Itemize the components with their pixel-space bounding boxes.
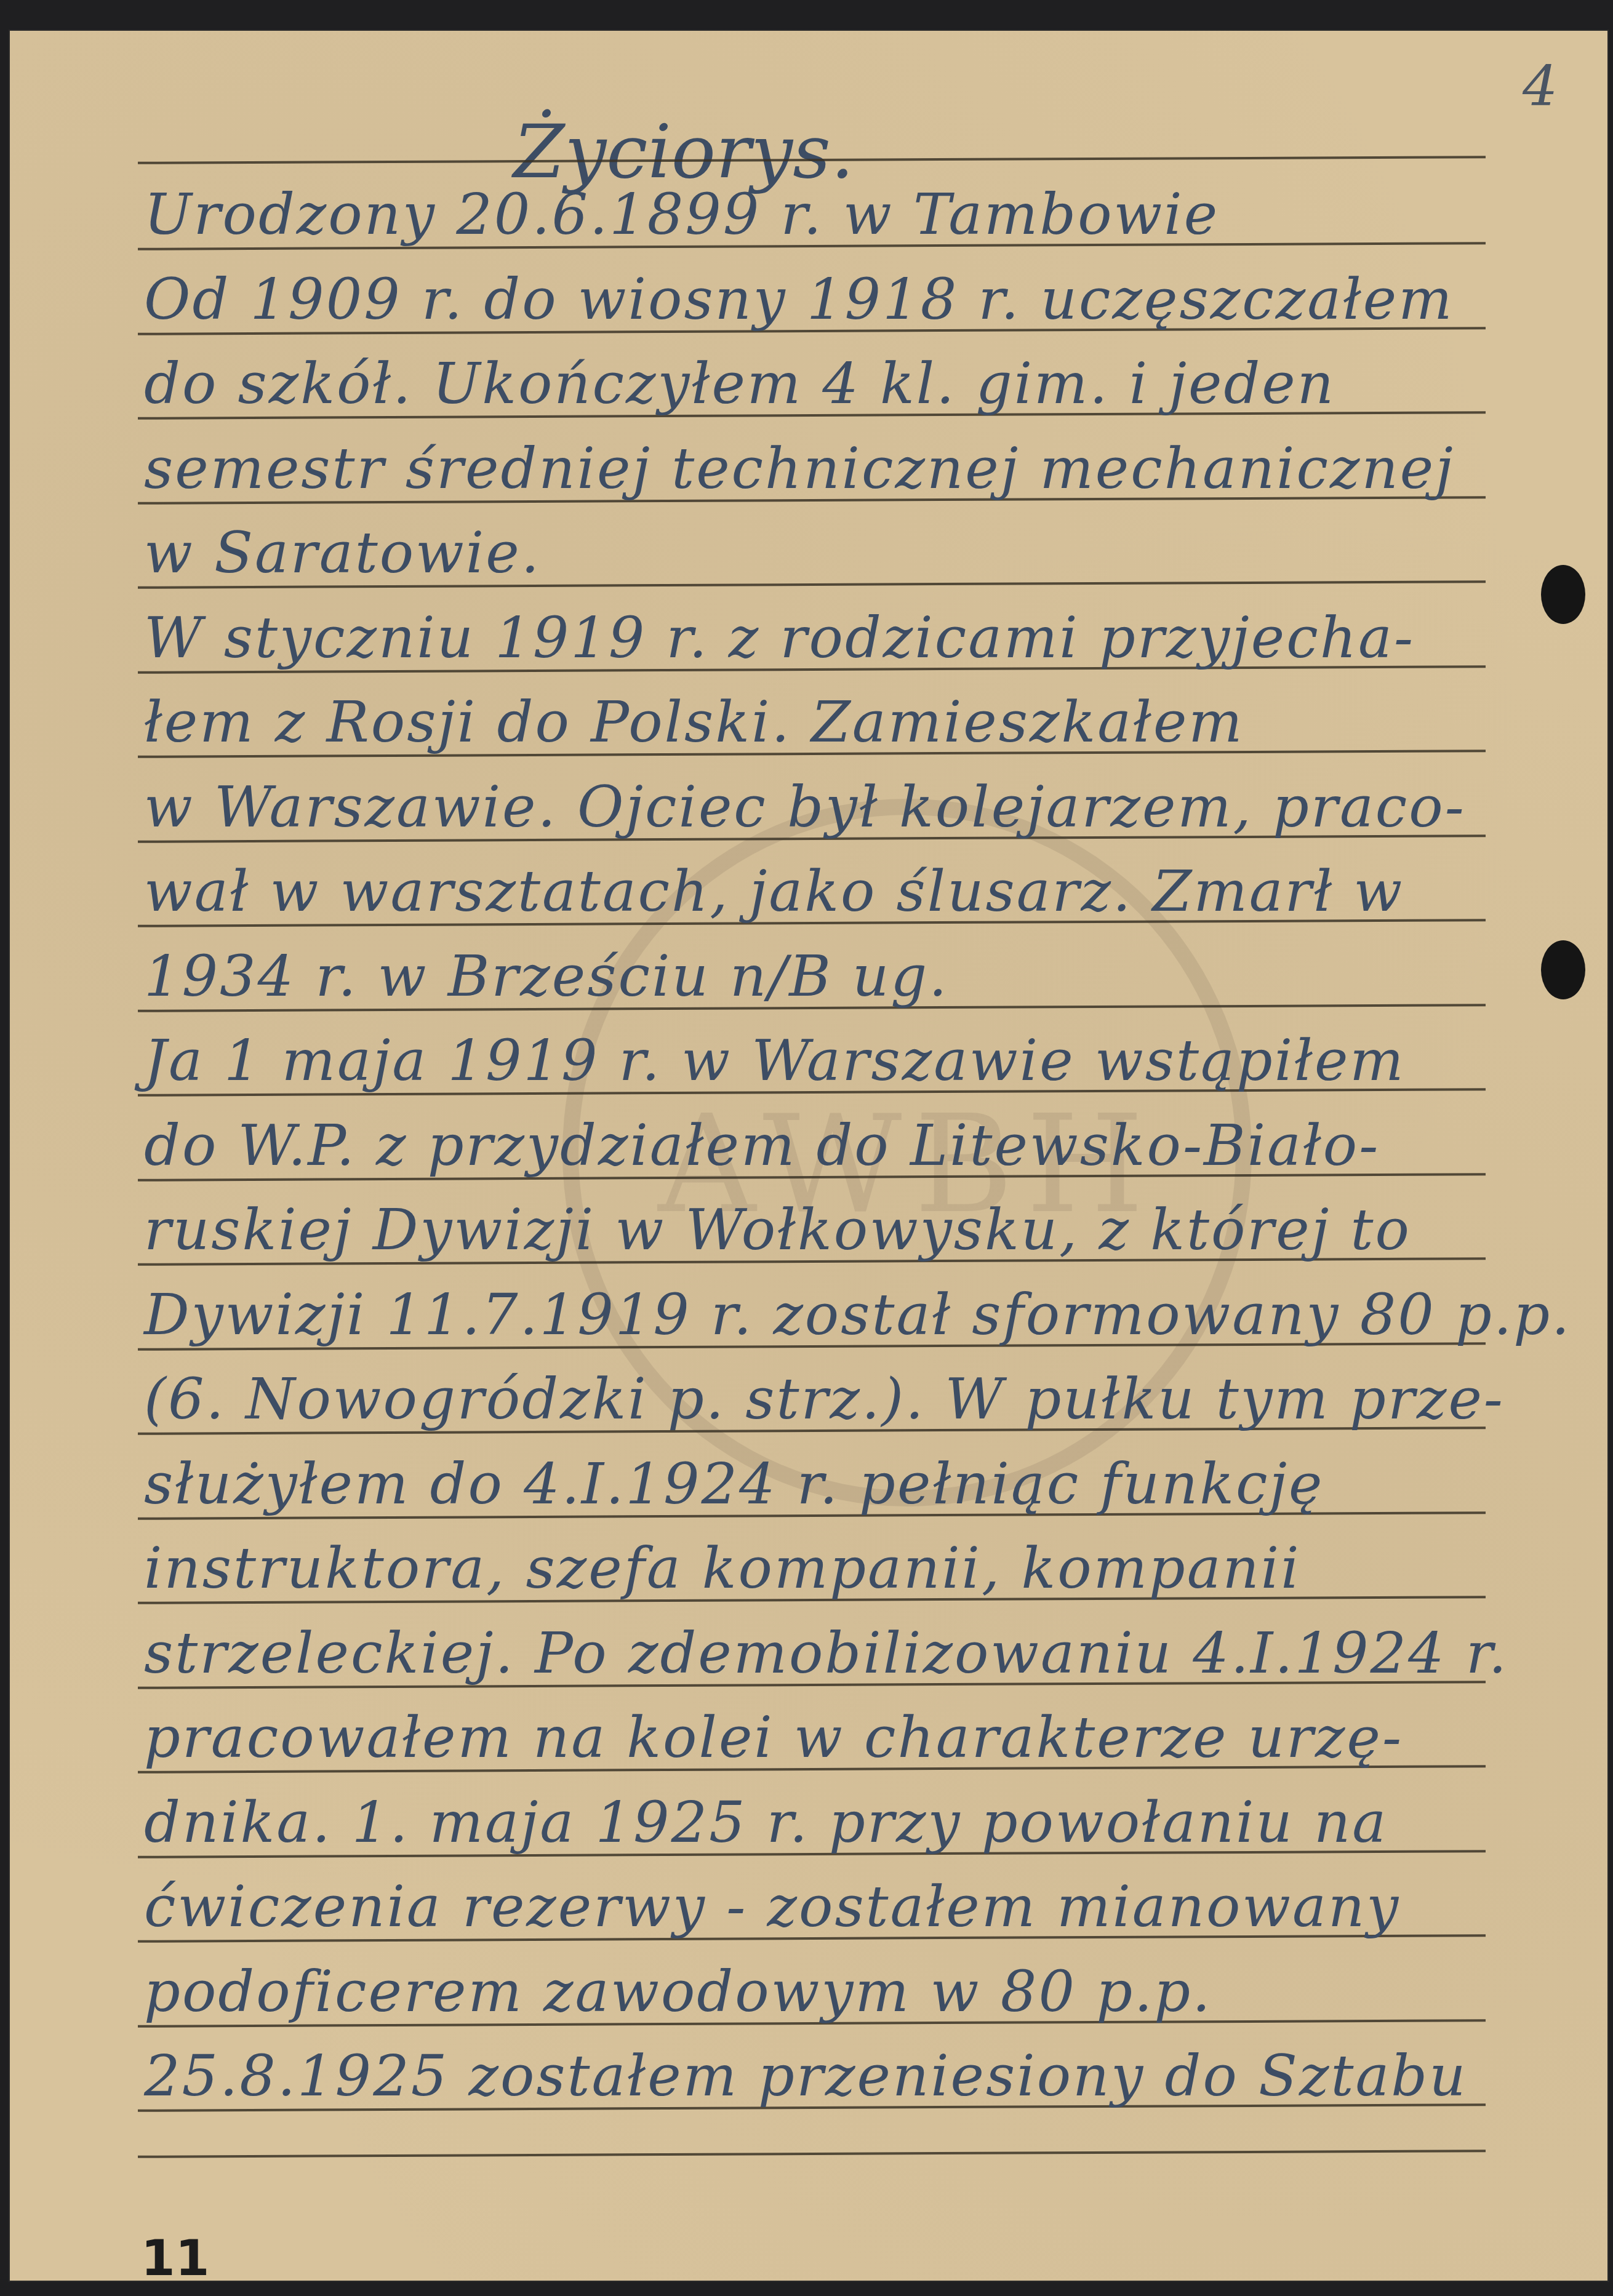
text-line: łem z Rosji do Polski. Zamieszkałem [144,694,1498,751]
punch-hole-icon [1541,940,1585,999]
text-line: 1934 r. w Brześciu n/B ug. [144,948,1498,1005]
text-line: 25.8.1925 zostałem przeniesiony do Sztab… [144,2048,1498,2105]
page-number: 4 [1523,54,1558,119]
text-line: semestr średniej technicznej mechaniczne… [144,441,1498,497]
text-line: strzeleckiej. Po zdemobilizowaniu 4.I.19… [144,1625,1498,1682]
text-line: do szkół. Ukończyłem 4 kl. gim. i jeden [144,356,1498,412]
text-line: do W.P. z przydziałem do Litewsko-Biało- [144,1118,1498,1174]
text-line: w Saratowie. [144,525,1498,582]
archive-folio-stamp: 11 [141,2230,209,2287]
text-line: w Warszawie. Ojciec był kolejarzem, prac… [144,779,1498,836]
punch-hole-icon [1541,565,1585,624]
text-line: wał w warsztatach, jako ślusarz. Zmarł w [144,863,1498,920]
text-line: pracowałem na kolei w charakterze urzę- [144,1710,1498,1766]
ruled-line [138,2150,1486,2158]
text-line: ruskiej Dywizji w Wołkowysku, z której t… [144,1202,1498,1258]
text-line: Dywizji 11.7.1919 r. został sformowany 8… [144,1287,1498,1343]
text-line: Ja 1 maja 1919 r. w Warszawie wstąpiłem [144,1033,1498,1089]
text-line: W styczniu 1919 r. z rodzicami przyjecha… [144,610,1498,666]
text-line: (6. Nowogródzki p. strz.). W pułku tym p… [144,1371,1498,1428]
text-line: ćwiczenia rezerwy - zostałem mianowany [144,1879,1498,1935]
text-line: służyłem do 4.I.1924 r. pełniąc funkcję [144,1456,1498,1513]
text-line: Urodzony 20.6.1899 r. w Tambowie [144,186,1498,243]
text-line: dnika. 1. maja 1925 r. przy powołaniu na [144,1794,1498,1851]
text-line: Od 1909 r. do wiosny 1918 r. uczęszczałe… [144,271,1498,328]
document-page: 4 AWBH Życiorys. Urodzony 20.6.1899 r. w… [9,30,1609,2282]
text-line: podoficerem zawodowym w 80 p.p. [144,1964,1498,2020]
text-line: instruktora, szefa kompanii, kompanii [144,1540,1498,1597]
